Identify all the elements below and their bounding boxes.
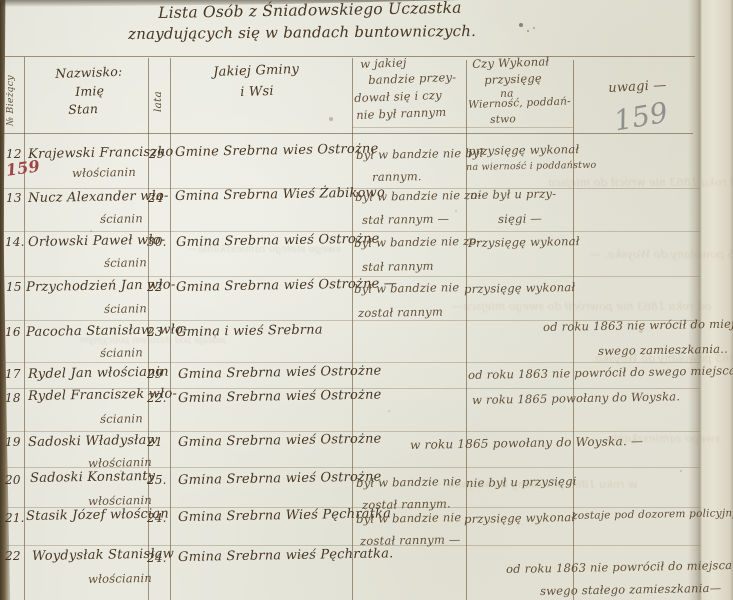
header-age: lata <box>153 91 164 112</box>
row-rule <box>3 133 693 134</box>
header-przysiega-1: Czy Wykonał <box>472 56 550 70</box>
row-21-no: 21. <box>5 512 25 524</box>
row-22-status: włościanin <box>88 573 152 586</box>
row-17-gmina: Gmina Srebrna wieś Ostrożne <box>178 364 382 381</box>
row-12-przysiega-2: na wierność i poddaństwo <box>466 161 596 173</box>
row-13-przysiega-2: sięgi — <box>498 213 542 225</box>
header-no: № Bieżący <box>6 75 16 126</box>
row-20-no: 20 <box>5 474 21 486</box>
title-line-2: znaydujących się w bandach buntowniczych… <box>128 24 476 42</box>
row-14-przysiega-1: Przysięgę wykonał <box>468 236 580 249</box>
row-12-gmina: Gmine Srebrna wies Ostrożne <box>175 142 379 159</box>
header-przysiega-5: stwo <box>490 114 516 125</box>
row-21-age: 24. <box>147 512 167 524</box>
row-18-uwagi-1: w roku 1865 powołany do Woyska. <box>472 391 680 406</box>
row-21-uwagi-1: zostaje pod dozorem policyjnym <box>572 508 733 522</box>
row-19-name: Sadoski Władysław <box>28 434 158 449</box>
row-21-banda-1: był w bandzie nie <box>356 512 461 525</box>
title-line-1: Lista Osób z Śniadowskiego Uczastka <box>158 1 462 22</box>
bleed-through-text: zostaje pod dozorem policyjnym <box>80 336 226 346</box>
row-14-no: 14. <box>5 236 25 248</box>
row-14-banda-2: stał rannym <box>362 261 434 274</box>
bleed-through-text: od roku 1863 nie powrócił do swego miejs… <box>452 300 711 313</box>
row-22-age: 24. <box>147 552 167 564</box>
row-13-age: 24 <box>148 192 164 204</box>
row-12-banda-2: rannym. <box>372 171 422 183</box>
row-16-status: ścianin <box>100 347 143 359</box>
row-15-status: ścianin <box>104 303 147 315</box>
row-21-przysiega-1: przysięgę wykonał <box>464 512 575 525</box>
row-19-status: włościanin <box>88 457 152 470</box>
row-14-name: Orłowski Paweł wło- <box>28 234 166 249</box>
foxing-specks <box>0 0 2 2</box>
row-rule <box>3 545 700 546</box>
row-16-no: 16 <box>5 326 21 338</box>
row-20-age: 25. <box>147 474 167 486</box>
row-22-uwagi-2: swego stałego zamieszkania— <box>540 583 721 598</box>
row-18-status: ścianin <box>100 413 143 425</box>
row-13-no: 13 <box>6 192 22 204</box>
row-19-age: 21 <box>147 436 163 448</box>
row-15-banda-2: został rannym <box>358 307 443 320</box>
row-18-age: 22. <box>147 392 167 404</box>
header-przysiega-2: przysięgę <box>484 73 542 87</box>
row-rule <box>352 127 573 128</box>
row-14-status: ścianin <box>104 257 147 269</box>
header-banda-3: dował się i czy <box>354 90 442 105</box>
bleed-through-text: w roku 1865 powołany do Woyska. — <box>590 248 733 261</box>
row-14-banda-1: był w bandzie nie zo- <box>354 236 481 250</box>
row-12-age: 29 <box>149 148 165 160</box>
header-banda-4: nie był rannym <box>356 107 447 122</box>
row-18-gmina: Gmina Srebrna wieś Ostrożne <box>178 388 382 405</box>
row-14-age: 30. <box>147 236 167 248</box>
header-banda-1: w jakiej <box>360 57 407 70</box>
row-18-no: 18 <box>5 392 21 404</box>
row-15-age: 22 <box>147 281 163 293</box>
bleed-through-text: w roku 1865 powołany do Woyska. — <box>430 478 638 491</box>
row-15-przysiega-1: przysięgę wykonał <box>464 282 575 295</box>
row-13-status: ścianin <box>100 213 143 225</box>
row-20-gmina: Gmina Srebrna wieś Ostrożne <box>178 470 382 487</box>
row-12-status: włościanin <box>72 167 136 180</box>
row-21-banda-2: został rannym — <box>360 534 461 547</box>
header-gmina-1: Jakiej Gminy <box>213 63 299 79</box>
row-13-przysiega-1: nie był u przy- <box>470 188 556 201</box>
bleed-through-text: swego zamieszkania.. <box>600 432 720 445</box>
row-17-age: 29 <box>147 368 163 380</box>
row-15-banda-1: był w bandzie nie <box>354 282 459 295</box>
row-15-no: 15 <box>6 281 22 293</box>
row-13-banda-1: był w bandzie nie zo- <box>355 190 482 204</box>
row-13-banda-2: stał rannym — <box>362 213 449 226</box>
header-banda-2: bandzie przey- <box>368 72 456 87</box>
bleed-through-text: w roku 1865 powołany do Woyska. <box>592 352 733 365</box>
row-rule <box>3 56 695 57</box>
row-12-banda-1: był w bandzie nie był <box>356 148 483 162</box>
row-13-gmina: Gmina Srebrna Wieś Żabikowo <box>175 186 385 203</box>
header-name-2: Imię <box>75 85 104 99</box>
row-19-gmina: Gmina Srebrna wieś Ostrożne <box>178 432 382 449</box>
row-12-no: 12 <box>6 148 22 160</box>
header-name-1: Nazwisko: <box>55 66 123 81</box>
row-22-gmina: Gmina Srebrna wieś Pęchratka. <box>178 547 394 564</box>
header-uwagi: uwagi — <box>608 79 667 95</box>
header-przysiega-4: Wierność, poddań- <box>468 96 571 110</box>
header-name-3: Stan <box>68 103 98 117</box>
bleed-through-text: od roku 1863 nie wrócił do miejsca <box>548 176 733 189</box>
bleed-through-text: swego stałego zamieszkania— <box>188 244 341 255</box>
row-17-no: 17 <box>5 368 21 380</box>
column-rule <box>3 55 4 600</box>
row-22-no: 22 <box>5 550 21 562</box>
row-19-no: 19 <box>5 436 21 448</box>
row-12-przysiega-1: przysięgę wykonał <box>468 144 579 157</box>
header-gmina-2: i Wsi <box>240 85 274 99</box>
pencil-159-top: 159 <box>612 99 670 136</box>
scanned-register-page: Lista Osób z Śniadowskiego Uczastkaznayd… <box>0 0 733 600</box>
row-20-name: Sadoski Konstanty <box>30 470 155 485</box>
row-20-status: włościanin <box>88 495 152 508</box>
